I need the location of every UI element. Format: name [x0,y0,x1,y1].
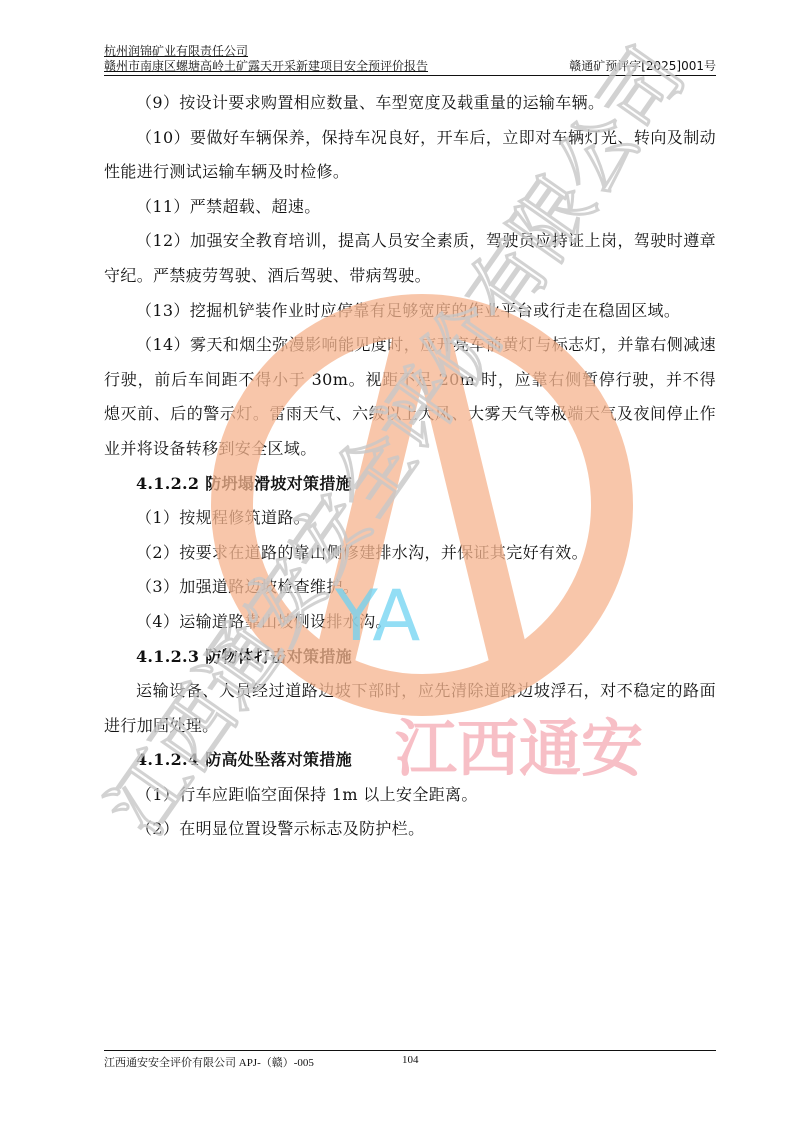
collapse-measure-4: （4）运输道路靠山坡侧设排水沟。 [104,605,716,640]
footer-company: 江西通安安全评价有限公司 APJ-（赣）-005 [104,1054,314,1070]
paragraph-item-12: （12）加强安全教育培训，提高人员安全素质，驾驶员应持证上岗，驾驶时遵章守纪。严… [104,224,716,293]
page-header: 杭州润锦矿业有限责任公司 赣州市南康区螺塘高岭土矿露天开采新建项目安全预评价报告… [104,44,716,76]
section-heading-4-1-2-2: 4.1.2.2 防坍塌滑坡对策措施 [104,467,716,502]
paragraph-item-9: （9）按设计要求购置相应数量、车型宽度及载重量的运输车辆。 [104,86,716,121]
header-company: 杭州润锦矿业有限责任公司 [104,44,716,59]
object-strike-measure: 运输设备、人员经过道路边坡下部时，应先清除道路边坡浮石，对不稳定的路面进行加固处… [104,674,716,743]
section-heading-4-1-2-3: 4.1.2.3 防物体打击对策措施 [104,640,716,675]
header-report-title: 赣州市南康区螺塘高岭土矿露天开采新建项目安全预评价报告 [104,59,428,74]
fall-measure-1: （1）行车应距临空面保持 1m 以上安全距离。 [104,778,716,813]
section-heading-4-1-2-4: 4.1.2.4 防高处坠落对策措施 [104,743,716,778]
paragraph-item-10: （10）要做好车辆保养，保持车况良好，开车后，立即对车辆灯光、转向及制动性能进行… [104,121,716,190]
paragraph-item-14: （14）雾天和烟尘弥漫影响能见度时，应开亮车前黄灯与标志灯，并靠右侧减速行驶，前… [104,328,716,466]
page-footer: 江西通安安全评价有限公司 APJ-（赣）-005 104 [104,1050,716,1054]
collapse-measure-3: （3）加强道路边坡检查维护。 [104,570,716,605]
page-body: （9）按设计要求购置相应数量、车型宽度及载重量的运输车辆。 （10）要做好车辆保… [104,86,716,847]
paragraph-item-11: （11）严禁超载、超速。 [104,190,716,225]
page-number: 104 [402,1054,419,1066]
collapse-measure-1: （1）按规程修筑道路。 [104,501,716,536]
fall-measure-2: （2）在明显位置设警示标志及防护栏。 [104,812,716,847]
collapse-measure-2: （2）按要求在道路的靠山侧修建排水沟，并保证其完好有效。 [104,536,716,571]
header-doc-number: 赣通矿预评字[2025]001号 [569,59,716,74]
paragraph-item-13: （13）挖掘机铲装作业时应停靠有足够宽度的作业平台或行走在稳固区域。 [104,294,716,329]
header-title-row: 赣州市南康区螺塘高岭土矿露天开采新建项目安全预评价报告 赣通矿预评字[2025]… [104,59,716,76]
